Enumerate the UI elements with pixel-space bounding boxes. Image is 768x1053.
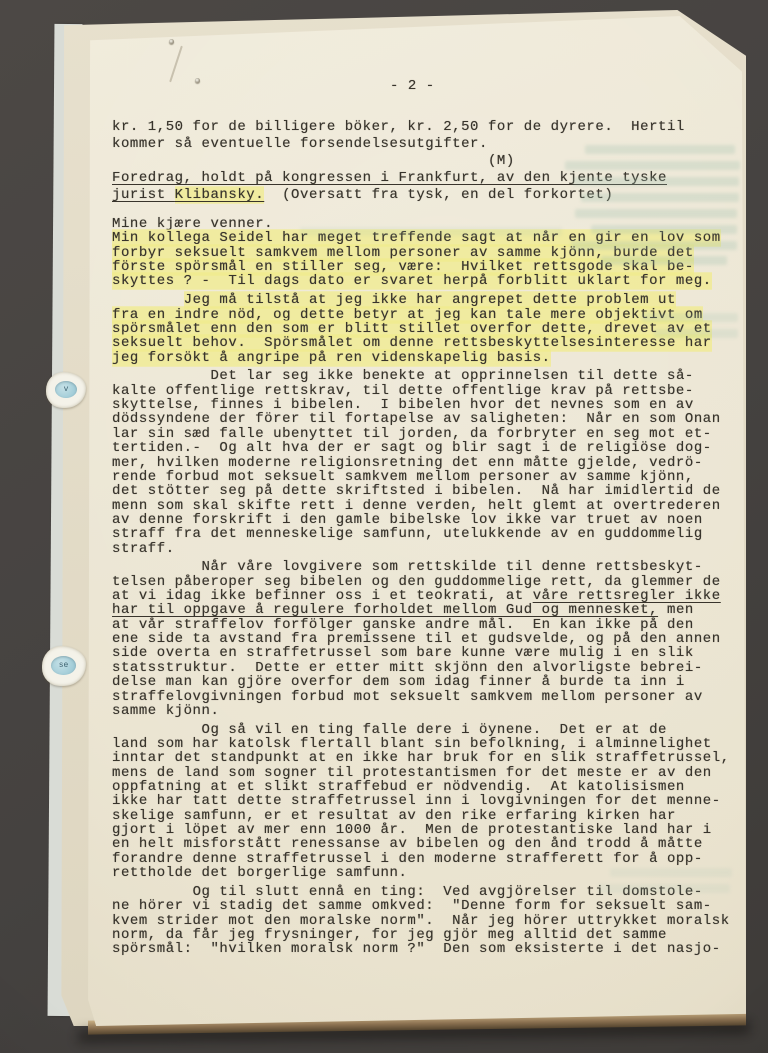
paper-crease bbox=[169, 46, 183, 83]
text-line: menn som skal skifte rett i denne verden… bbox=[112, 499, 740, 513]
text-line: samme kjönn. bbox=[112, 704, 740, 718]
text-line: Og så vil en ting falle dere i öynene. D… bbox=[112, 723, 740, 737]
text-line: forandre denne straffetrussel i den mode… bbox=[112, 852, 740, 866]
text-line: Det lar seg ikke benekte at opprinnelsen… bbox=[112, 369, 740, 383]
text-line: det stötter seg på dette skriftsted i bi… bbox=[112, 484, 740, 498]
text-line: kommer så eventuelle forsendelsesutgifte… bbox=[112, 136, 740, 153]
text-line: ikke har tatt dette straffetrussel inn i… bbox=[112, 794, 740, 808]
text-line: telsen påberoper seg bibelen og den gudd… bbox=[112, 575, 740, 589]
text-line: Jeg må tilstå at jeg ikke har angrepet d… bbox=[112, 293, 740, 307]
text-line: Min kollega Seidel har meget treffende s… bbox=[112, 231, 740, 245]
text-line: at vår straffelov forfölger ganske andre… bbox=[112, 618, 740, 632]
text-line: side overta en straffetrussel som bare k… bbox=[112, 646, 740, 660]
speech-text-block: Mine kjære venner.Min kollega Seidel har… bbox=[112, 217, 740, 957]
punch-hole-window: se bbox=[51, 656, 76, 675]
punch-hole-window: v bbox=[55, 381, 77, 398]
text-line: dödssyndene der förer til fortapelse av … bbox=[112, 412, 740, 426]
text-line: kr. 1,50 for de billigere böker, kr. 2,5… bbox=[112, 119, 740, 136]
document-page: - 2 - kr. 1,50 for de billigere böker, k… bbox=[76, 14, 746, 1026]
text-line: kvem strider mot den moralske norm". Når… bbox=[112, 914, 740, 928]
text-line: statsstruktur. Dette er etter mitt skjön… bbox=[112, 661, 740, 675]
text-line: jeg forsökt å angripe på ren videnskapel… bbox=[112, 351, 740, 365]
text-line: straffelovgivningen forbud mot seksuelt … bbox=[112, 690, 740, 704]
text-line: mer, hvilken moderne religionsretning de… bbox=[112, 456, 740, 470]
punch-hole: se bbox=[42, 646, 86, 686]
punch-hole: v bbox=[46, 372, 86, 408]
text-line: rettholde det borgerlige samfunn. bbox=[112, 866, 740, 880]
text-line: mens de land som sogner til protestantis… bbox=[112, 766, 740, 780]
text-line: tertiden.- Og alt hva der er sagt og bli… bbox=[112, 441, 740, 455]
text-line: ne hörer vi stadig det samme omkved: "De… bbox=[112, 899, 740, 913]
text-line: skelige samfunn, er et resultat av den r… bbox=[112, 809, 740, 823]
text-line: inntar det standpunkt at en ikke har bru… bbox=[112, 751, 740, 765]
text-line: skyttes ? - Til dags dato er svaret herp… bbox=[112, 274, 740, 288]
text-line: Når våre lovgivere som rettskilde til de… bbox=[112, 560, 740, 574]
text-line: straff fra det menneskelige samfunn, ute… bbox=[112, 527, 740, 541]
pin-hole-mark bbox=[169, 39, 174, 44]
intro-text-block: kr. 1,50 for de billigere böker, kr. 2,5… bbox=[112, 119, 740, 204]
pin-hole-mark bbox=[195, 78, 200, 83]
text-line: straff. bbox=[112, 542, 740, 556]
text-line: Foredrag, holdt på kongressen i Frankfur… bbox=[112, 170, 740, 187]
text-line: seksuelt behov. Spörsmålet om denne rett… bbox=[112, 336, 740, 350]
text-line: delse man kan gjöre overfor dem som idag… bbox=[112, 675, 740, 689]
photo-background: - 2 - kr. 1,50 for de billigere böker, k… bbox=[0, 0, 768, 1053]
text-line: lar sin sæd falle ubenyttet til jorden, … bbox=[112, 427, 740, 441]
page-number: - 2 - bbox=[390, 78, 435, 94]
text-line: spörsmål: "hvilken moralsk norm ?" Den s… bbox=[112, 942, 740, 956]
text-line: en helt misforstått renessanse av bibele… bbox=[112, 837, 740, 851]
text-line: har til oppgave å regulere forholdet mel… bbox=[112, 603, 740, 617]
text-line: (M) bbox=[112, 153, 740, 170]
text-line: forbyr seksuelt samkvem mellom personer … bbox=[112, 246, 740, 260]
text-line: kalte offentlige rettskrav, til dette of… bbox=[112, 384, 740, 398]
text-line: jurist Klibansky. (Oversatt fra tysk, en… bbox=[112, 187, 740, 204]
text-line: fra en indre nöd, og dette betyr at jeg … bbox=[112, 308, 740, 322]
